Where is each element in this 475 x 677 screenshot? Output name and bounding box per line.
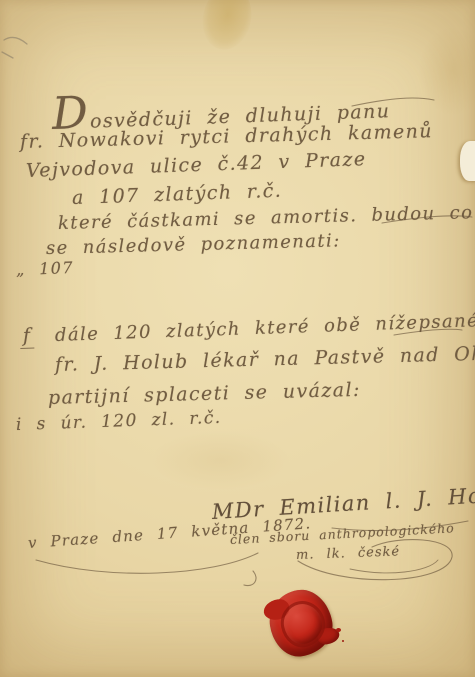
- body-line-5: které částkami se amortis. budou co: [58, 204, 474, 233]
- body-line-3: Vejvodova ulice č.42 v Praze: [26, 150, 367, 181]
- paraphe-inner-flourish: [350, 560, 438, 573]
- body-line-4: a 107 zlatých r.č.: [72, 182, 283, 208]
- signature-title-line-2: m. lk. české: [296, 545, 400, 562]
- paper-stain-top: [197, 0, 257, 54]
- red-wax-seal: [268, 588, 336, 660]
- place-date-line: v Praze dne 17 května 1872.: [27, 516, 311, 551]
- amount-note-107: „ 107: [16, 260, 74, 278]
- paper-stain-right: [418, 26, 475, 116]
- body-line-8: fr. J. Holub lékař na Pastvě nad Ohárkou: [55, 343, 475, 375]
- document-page: Dosvědčuji že dluhuji panu fr. Nowakovi …: [0, 0, 475, 677]
- date-underline-hook: [244, 571, 256, 586]
- body-line-7: dále 120 zlatých které obě nížepsaného: [55, 311, 475, 345]
- body-line-9: partijní splaceti se uvázal:: [48, 381, 361, 408]
- pencil-smudge-stroke-1: [4, 37, 27, 44]
- paper-stain-middle: [150, 430, 290, 490]
- margin-mark: f: [20, 327, 35, 349]
- torn-edge-notch: [460, 141, 475, 181]
- wax-speck: [342, 640, 344, 642]
- wax-droplet: [336, 628, 341, 632]
- pencil-smudge-stroke-2: [2, 52, 13, 58]
- body-line-6: se následově poznamenati:: [46, 232, 341, 258]
- amount-note-120: i s úr. 120 zl. r.č.: [16, 410, 222, 434]
- signature-name: MDr Emilian l. J. Holub: [211, 483, 475, 523]
- date-underline-flourish: [36, 553, 258, 573]
